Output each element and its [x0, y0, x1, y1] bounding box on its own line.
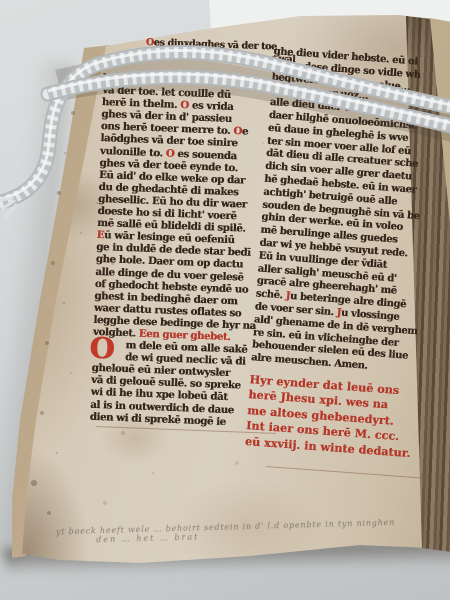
text-column-right: ghe dieu vider hebste. eū oimues dese di…	[244, 46, 415, 460]
body-text: det te.	[219, 51, 254, 63]
body-text: schē.	[255, 288, 286, 301]
parchment-speckles	[0, 0, 2, 2]
initial-O: O	[89, 334, 115, 364]
body-text: e	[242, 126, 249, 138]
manuscript-photo: Oes dinxdaghes vā der toedet te. O es wā…	[0, 0, 450, 600]
manuscript-book: Oes dinxdaghes vā der toedet te. O es wā…	[0, 0, 450, 600]
